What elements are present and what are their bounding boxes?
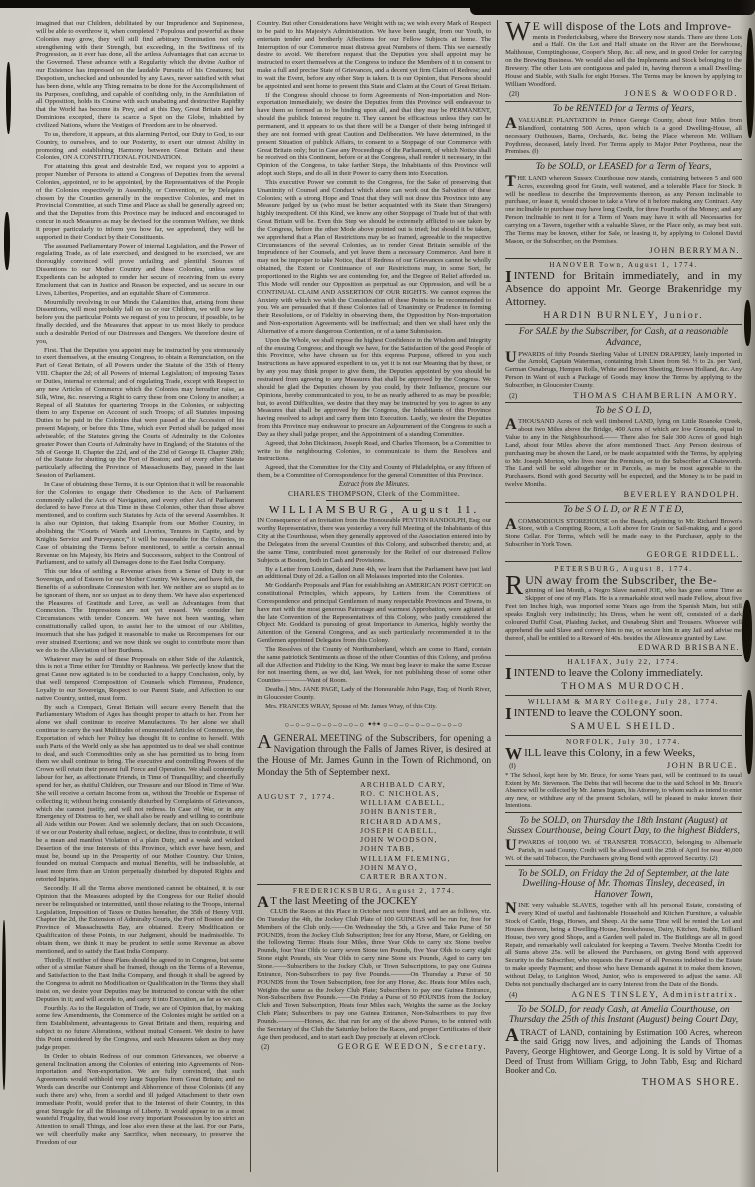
divider-rule bbox=[505, 402, 742, 403]
paragraph: First. That the Deputies you appoint may… bbox=[36, 347, 244, 480]
divider-rule bbox=[505, 159, 742, 160]
paragraph: This executive Power we commit to the Co… bbox=[257, 179, 491, 336]
signature: SAMUEL SHEILD. bbox=[505, 721, 742, 732]
ad-text: INE very valuable SLAVES, together with … bbox=[505, 902, 742, 987]
drop-cap: A bbox=[257, 734, 273, 751]
ad-bruce-departure: NORFOLK, July 30, 1774. WILL leave this … bbox=[505, 738, 742, 810]
death-notice: Mrs. FRANCES WRAY, Spouse of Mr. James W… bbox=[257, 703, 491, 711]
signer: WILLIAM FLEMING, bbox=[360, 854, 491, 863]
paragraph: Agreed, that the Committee for the City … bbox=[257, 464, 491, 480]
drop-cap: A bbox=[505, 117, 518, 131]
signature: BEVERLEY RANDOLPH. bbox=[507, 490, 740, 499]
ad-heading: To be RENTED for a Terms of Years, bbox=[507, 104, 740, 115]
ad-roanoke-land: To be S O L D, ATHOUSAND Acres of rich w… bbox=[505, 406, 742, 499]
ad-heading: To be SOLD, or LEASED for a Term of Year… bbox=[507, 162, 740, 173]
footnote-mark: (‖) bbox=[509, 762, 516, 770]
ad-text: HE LAND whereon Sussex Courthouse now st… bbox=[505, 175, 742, 245]
signature: THOMAS MURDOCH. bbox=[505, 681, 742, 692]
ad-storehouse: To be S O L D, or R E N T E D, ACOMMODIO… bbox=[505, 505, 742, 559]
ad-runaway-notice: PETERSBURG, August 8, 1774. RUN away fro… bbox=[505, 565, 742, 652]
ad-dateline: HANOVER Town, August 1, 1774. bbox=[505, 261, 742, 269]
divider-rule bbox=[257, 884, 491, 885]
jockey-club-notice: AT the last Meeting of the JOCKEYCLUB th… bbox=[257, 896, 491, 1041]
ad-text: PWARDS of 100,000 Wt. of TRANSFER TOBACC… bbox=[505, 839, 742, 862]
signature-row: (2‖) JONES & WOODFORD. bbox=[507, 89, 740, 98]
signer: CARTER BRAXTON. bbox=[360, 872, 491, 881]
signer: RO. C NICHOLAS, bbox=[360, 789, 491, 798]
signature-row: (‖) JOHN BRUCE. bbox=[507, 761, 740, 770]
ad-body: NINE very valuable SLAVES, together with… bbox=[505, 902, 742, 988]
divider-rule bbox=[505, 812, 742, 813]
news-paragraph: IN Consequence of an Invitation from the… bbox=[257, 517, 491, 564]
signer-list: ARCHIBALD CARY, RO. C NICHOLAS, WILLIAM … bbox=[360, 780, 491, 881]
ad-body: I INTEND to leave the COLONY soon. bbox=[505, 707, 742, 720]
ad-dateline: PETERSBURG, August 8, 1774. bbox=[505, 565, 742, 573]
ad-heading: To be SOLD, on Thursday the 18th Instant… bbox=[507, 816, 740, 837]
signer: ARCHIBALD CARY, bbox=[360, 780, 491, 789]
paragraph: Thirdly. If neither of these Plans shoul… bbox=[36, 957, 244, 1004]
death-notice: Deaths.] Mrs. JANE PAGE, Lady of the Hon… bbox=[257, 686, 491, 702]
signer: WILLIAM CABELL, bbox=[360, 798, 491, 807]
divider-rule bbox=[505, 324, 742, 325]
ad-linen-drapery: For SALE by the Subscriber, for Cash, at… bbox=[505, 327, 742, 399]
lead-line: UN away from the Subscriber, the Be- bbox=[525, 574, 742, 588]
ad-text: INTEND to leave the COLONY soon. bbox=[514, 707, 683, 719]
column-left: imagined that our Children, debilitated … bbox=[36, 20, 251, 1172]
paragraph: The assumed Parliamentary Power of inter… bbox=[36, 243, 244, 298]
ad-text: COMMODIOUS STOREHOUSE on the Beach, adjo… bbox=[505, 518, 742, 549]
scan-artifact bbox=[742, 600, 752, 662]
footnote-mark: (2) bbox=[509, 392, 517, 400]
jockey-body: CLUB the Races at this Place in October … bbox=[257, 908, 491, 1041]
signature: GEORGE RIDDELL. bbox=[507, 550, 740, 559]
signature-row: (2) GEORGE WEEDON, Secretary. bbox=[259, 1042, 489, 1051]
ad-murdoch-departure: HALIFAX, July 22, 1774. I INTEND to leav… bbox=[505, 658, 742, 692]
signature-row: (2) THOMAS CHAMBERLIN AMORY. bbox=[507, 391, 740, 400]
paragraph: To us, therefore, it appears, at this al… bbox=[36, 131, 244, 162]
signature: HARDIN BURNLEY, Junior. bbox=[505, 310, 742, 321]
divider-rule bbox=[505, 502, 742, 503]
ad-text: ginning of last Month, a Negro Slave nam… bbox=[505, 587, 742, 641]
paragraph: Mournfully revolving in our Minds the Ca… bbox=[36, 299, 244, 346]
paragraph: By such a Compact, Great Britain will se… bbox=[36, 704, 244, 884]
news-paragraph: By a Letter from London, dated June 4th,… bbox=[257, 566, 491, 582]
footnote-mark: (4) bbox=[509, 991, 517, 999]
signature: JONES & WOODFORD. bbox=[625, 89, 738, 98]
ad-body: UPWARDS of 100,000 Wt. of TRANSFER TOBAC… bbox=[505, 839, 742, 863]
ornament-right: ○–○–○–○–○–○–○–○ bbox=[383, 720, 464, 729]
divider-rule bbox=[505, 258, 742, 259]
column-right: WE will dispose of the Lots and Improve-… bbox=[498, 20, 742, 1172]
footnote-mark: (2‖) bbox=[509, 90, 519, 98]
signature: THOMAS CHAMBERLIN AMORY. bbox=[573, 391, 738, 400]
drop-cap: A bbox=[505, 1028, 520, 1044]
ad-sheild-departure: WILLIAM & MARY College, July 28, 1774. I… bbox=[505, 698, 742, 732]
paragraph: If the Congress should choose to form Ag… bbox=[257, 92, 491, 178]
drop-cap: I bbox=[505, 707, 514, 720]
ad-heading: To be SOLD, on Friday the 2d of Septembe… bbox=[507, 869, 740, 901]
signer: JOHN MAYO, bbox=[360, 863, 491, 872]
ad-text: TRACT of LAND, containing by Estimation … bbox=[505, 1028, 742, 1075]
ad-text: THOUSAND Acres of rich well timbered LAN… bbox=[505, 418, 742, 488]
paragraph: imagined that our Children, debilitated … bbox=[36, 20, 244, 130]
signer: JOSEPH CABELL, bbox=[360, 826, 491, 835]
ad-body: ACOMMODIOUS STOREHOUSE on the Beach, adj… bbox=[505, 518, 742, 549]
ad-brewery-lots: WE will dispose of the Lots and Improve-… bbox=[505, 20, 742, 98]
drop-cap: A bbox=[505, 518, 518, 532]
paragraph: Country. But other Considerations have W… bbox=[257, 20, 491, 91]
chain-ornament: ○–○–○–○–○–○–○–○•+•○–○–○–○–○–○–○–○ bbox=[257, 714, 491, 732]
drop-cap: N bbox=[505, 902, 518, 916]
meeting-signatures: AUGUST 7, 1774. ARCHIBALD CARY, RO. C NI… bbox=[257, 780, 491, 881]
ad-body: RUN away from the Subscriber, the Be-gin… bbox=[505, 574, 742, 642]
drop-cap: T bbox=[505, 175, 517, 189]
ad-body: ATRACT of LAND, containing by Estimation… bbox=[505, 1028, 742, 1076]
ad-heading: To be S O L D, or R E N T E D, bbox=[507, 505, 740, 516]
ad-body: I INTEND for Britain immediately, and in… bbox=[505, 270, 742, 309]
divider-rule bbox=[505, 561, 742, 562]
lead-line: T the last Meeting of the JOCKEY bbox=[270, 896, 491, 908]
paragraph: Secondly. If all the Terms above mention… bbox=[36, 885, 244, 956]
paragraph: This our Idea of settling a Revenue aris… bbox=[36, 568, 244, 654]
drop-cap: W bbox=[505, 747, 524, 760]
divider-rule bbox=[326, 500, 422, 501]
divider-rule bbox=[505, 655, 742, 656]
paragraph: Agreed, that John Dickinson, Joseph Read… bbox=[257, 440, 491, 464]
ad-body: WE will dispose of the Lots and Improve-… bbox=[505, 20, 742, 88]
ad-tinsley-estate: To be SOLD, on Friday the 2d of Septembe… bbox=[505, 869, 742, 999]
extract-line: Extract from the Minutes. bbox=[257, 481, 491, 488]
ad-text: VALUABLE PLANTATION in Prince George Cou… bbox=[505, 117, 742, 155]
scan-artifact bbox=[744, 300, 751, 346]
ad-text: PWARDS of fifty Pounds Sterling Value of… bbox=[505, 351, 742, 389]
scan-artifact bbox=[6, 62, 11, 134]
ad-sussex-land: To be SOLD, or LEASED for a Term of Year… bbox=[505, 162, 742, 255]
divider-rule bbox=[505, 695, 742, 696]
ad-heading: To be S O L D, bbox=[507, 406, 740, 417]
drop-cap: U bbox=[505, 351, 518, 365]
signer: RICHARD ADAMS, bbox=[360, 817, 491, 826]
drop-cap: A bbox=[257, 896, 270, 910]
paragraph: Upon the Whole, we shall repose the high… bbox=[257, 337, 491, 439]
scan-artifact bbox=[745, 690, 753, 774]
signature: EDWARD BRISBANE. bbox=[507, 643, 740, 652]
ad-text: ments in Fredericksburg, where the Brewe… bbox=[505, 34, 742, 88]
drop-cap: A bbox=[505, 418, 518, 432]
columns: imagined that our Children, debilitated … bbox=[36, 20, 742, 1172]
ad-body: THE LAND whereon Sussex Courthouse now s… bbox=[505, 175, 742, 246]
paragraph: In Case of obtaining these Terms, it is … bbox=[36, 481, 244, 567]
signature: JOHN BRUCE. bbox=[667, 761, 738, 770]
meeting-text: GENERAL MEETING of the Subscribers, for … bbox=[257, 734, 491, 778]
ad-text: ILL leave this Colony, in a few Weeks, bbox=[524, 747, 695, 759]
signature: JOHN BERRYMAN. bbox=[507, 246, 740, 255]
drop-cap: I bbox=[505, 667, 514, 680]
ad-plantation-rented: To be RENTED for a Terms of Years, AVALU… bbox=[505, 104, 742, 156]
ad-heading: For SALE by the Subscriber, for Cash, at… bbox=[507, 327, 740, 348]
ad-heading: To be SOLD, for ready Cash, at Amelia Co… bbox=[507, 1005, 740, 1026]
divider-rule bbox=[505, 101, 742, 102]
scan-artifact bbox=[2, 920, 6, 1090]
ad-text: INTEND for Britain immediately, and in m… bbox=[505, 270, 742, 308]
ornament-cross: •+• bbox=[365, 720, 383, 730]
news-paragraph: The Resolves of the County of Northumber… bbox=[257, 646, 491, 685]
ad-dateline: WILLIAM & MARY College, July 28, 1774. bbox=[505, 698, 742, 706]
signer: JOHN WOODSON, bbox=[360, 835, 491, 844]
ad-body: UPWARDS of fifty Pounds Sterling Value o… bbox=[505, 351, 742, 390]
signer: JOHN BANISTER, bbox=[360, 807, 491, 816]
ad-burnley-departure: HANOVER Town, August 1, 1774. I INTEND f… bbox=[505, 261, 742, 321]
divider-rule bbox=[505, 735, 742, 736]
scan-artifact bbox=[4, 212, 10, 270]
scan-artifact bbox=[746, 28, 754, 138]
lead-line: E will dispose of the Lots and Improve- bbox=[533, 20, 742, 34]
ad-text: INTEND to leave the Colony immediately. bbox=[514, 667, 703, 679]
ad-body: WILL leave this Colony, in a few Weeks, bbox=[505, 747, 742, 760]
paragraph: For attaining this great and desirable E… bbox=[36, 163, 244, 241]
clerk-signature: CHARLES THOMPSON, Clerk of the Committee… bbox=[257, 489, 491, 498]
signature: THOMAS SHORE. bbox=[507, 1077, 740, 1088]
drop-cap: U bbox=[505, 839, 518, 853]
ad-body: ATHOUSAND Acres of rich well timbered LA… bbox=[505, 418, 742, 489]
news-paragraph: Mr Goddard's Proposals and Plan for esta… bbox=[257, 582, 491, 645]
paragraph: Whatever may be said of these Proposals … bbox=[36, 656, 244, 703]
ornament-left: ○–○–○–○–○–○–○–○ bbox=[285, 720, 366, 729]
signer: JOHN TABB, bbox=[360, 844, 491, 853]
paragraph: In Order to obtain Redress of our common… bbox=[36, 1053, 244, 1147]
ad-school-note: * The School, kept here by Mr. Bruce, fo… bbox=[505, 772, 742, 810]
newspaper-page: imagined that our Children, debilitated … bbox=[0, 0, 755, 1187]
scan-top-edge-right bbox=[470, 0, 755, 15]
drop-cap: R bbox=[505, 574, 525, 596]
drop-cap: I bbox=[505, 270, 514, 283]
divider-rule bbox=[505, 865, 742, 866]
signature: AGNES TINSLEY, Administratrix. bbox=[571, 990, 738, 999]
ad-transfer-tobacco: To be SOLD, on Thursday the 18th Instant… bbox=[505, 816, 742, 863]
drop-cap: W bbox=[505, 20, 532, 42]
ad-dateline: NORFOLK, July 30, 1774. bbox=[505, 738, 742, 746]
footnote-mark: (2) bbox=[261, 1043, 269, 1051]
ad-grigg-land: To be SOLD, for ready Cash, at Amelia Co… bbox=[505, 1005, 742, 1088]
meeting-date: AUGUST 7, 1774. bbox=[257, 780, 360, 881]
signature-row: (4) AGNES TINSLEY, Administratrix. bbox=[507, 990, 740, 999]
ad-body: I INTEND to leave the Colony immediately… bbox=[505, 667, 742, 680]
divider-rule bbox=[505, 1001, 742, 1002]
signature: GEORGE WEEDON, Secretary. bbox=[338, 1042, 488, 1051]
fredericksburg-dateline: FREDERICKSBURG, August 2, 1774. bbox=[257, 887, 491, 895]
ad-body: AVALUABLE PLANTATION in Prince George Co… bbox=[505, 117, 742, 156]
williamsburg-heading: WILLIAMSBURG, August 11. bbox=[257, 504, 491, 516]
column-middle: Country. But other Considerations have W… bbox=[251, 20, 498, 1172]
paragraph: Fourthly. As to the Regulation of Trade,… bbox=[36, 1005, 244, 1052]
meeting-notice: A GENERAL MEETING of the Subscribers, fo… bbox=[257, 734, 491, 779]
ad-dateline: HALIFAX, July 22, 1774. bbox=[505, 658, 742, 666]
